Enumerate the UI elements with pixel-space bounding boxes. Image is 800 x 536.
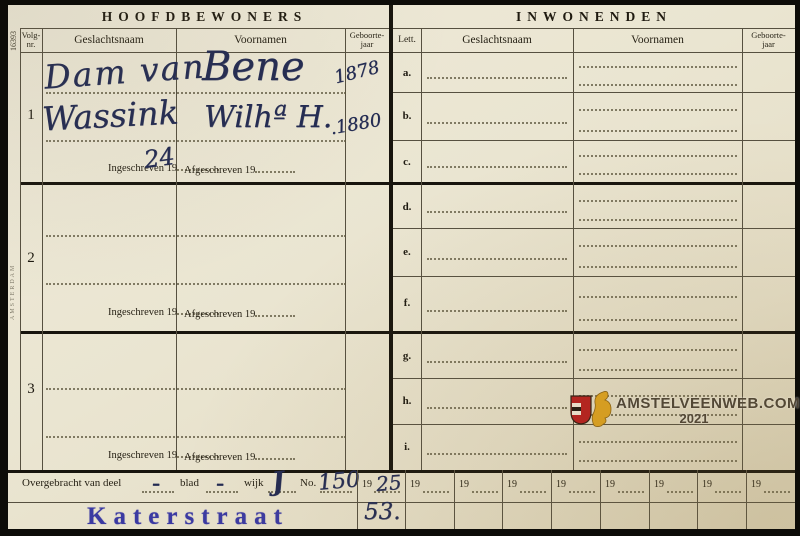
dotted-blank — [255, 306, 295, 317]
overgebracht-label: Overgebracht van deel — [22, 477, 121, 489]
entry-line — [579, 441, 737, 443]
entry-line — [427, 166, 567, 168]
year-cell: 19 — [605, 479, 615, 490]
year-cell: 19 — [556, 479, 566, 490]
inwonenden-row-f: f. — [393, 276, 795, 331]
grid-line — [551, 470, 552, 529]
entry-line — [427, 258, 567, 260]
inwonenden-row-a: a. — [393, 52, 795, 92]
hoofdbewoners-section-3: 3 Ingeschreven 19 Afgeschreven 19 — [20, 333, 389, 470]
paper: 16393 AMSTERDAM HOOFDBEWONERS INWONENDEN… — [8, 5, 795, 529]
hoofdbewoners-section-1: 1 Dam van Bene 1878 Wassink Wilhª H. .18… — [20, 52, 389, 182]
year-cell: 19 — [459, 479, 469, 490]
serial-number-vertical: 16393 — [9, 9, 18, 51]
entry-line — [427, 453, 567, 455]
hoofdbewoners-section-2: 2 Ingeschreven 19 Afgeschreven 19 — [20, 184, 389, 331]
col-voornamen-right: Voornamen — [573, 34, 742, 46]
hoofdbewoners-title: HOOFDBEWONERS — [20, 9, 389, 25]
col-geboortejaar-left: Geboorte- jaar — [345, 31, 389, 49]
blad-label: blad — [180, 477, 199, 489]
grid-line — [649, 470, 650, 529]
entry-line — [579, 460, 737, 462]
entry-line — [579, 369, 737, 371]
entry-line — [427, 122, 567, 124]
grid-line — [357, 470, 358, 529]
printer-mark-vertical: AMSTERDAM — [10, 200, 16, 320]
entry-line — [46, 235, 346, 237]
entry-line — [46, 140, 346, 142]
entry-line — [427, 361, 567, 363]
footer-top-rule — [8, 470, 795, 473]
grid-line — [502, 470, 503, 529]
street-stamp: Katerstraat — [68, 503, 308, 531]
year-cell-0-prefix: 19 — [362, 479, 372, 490]
handwritten-year: 25 — [375, 470, 402, 496]
entry-line — [46, 388, 346, 390]
entry-line — [579, 109, 737, 111]
volgnr: 3 — [20, 381, 42, 398]
entry-line — [427, 77, 567, 79]
entry-line — [46, 283, 346, 285]
afgeschreven-label: Afgeschreven 19 — [184, 449, 295, 463]
dotted-blank — [618, 491, 644, 493]
entry-line — [579, 155, 737, 157]
afgeschreven-label: Afgeschreven 19 — [184, 306, 295, 320]
handwritten-firstname: Bene — [202, 44, 305, 90]
entry-line — [579, 130, 737, 132]
col-geboortejaar-right: Geboorte- jaar — [742, 31, 795, 49]
grid-line — [697, 470, 698, 529]
entry-line — [427, 407, 567, 409]
handwritten-surname: Wassink — [41, 92, 179, 138]
entry-line — [579, 173, 737, 175]
dotted-blank — [667, 491, 693, 493]
entry-line — [579, 296, 737, 298]
entry-line — [579, 266, 737, 268]
dotted-blank — [569, 491, 595, 493]
inwonenden-row-e: e. — [393, 228, 795, 276]
volgnr: 2 — [20, 250, 42, 267]
year-cell: 19 — [751, 479, 761, 490]
watermark-site: AMSTELVEENWEB.COM — [616, 395, 800, 412]
handwritten-blad: – — [216, 474, 224, 493]
lion-rampant-icon — [591, 389, 613, 429]
watermark-year: 2021 — [616, 411, 772, 426]
inwonenden-row-c: c. — [393, 140, 795, 182]
volgnr: 1 — [20, 107, 42, 124]
afgeschreven-label: Afgeschreven 19 — [184, 162, 295, 176]
grid-line — [20, 28, 795, 29]
no-label: No. — [300, 477, 316, 489]
year-cell: 19 — [702, 479, 712, 490]
grid-line — [746, 470, 747, 529]
year-cell: 19 — [507, 479, 517, 490]
watermark: AMSTELVEENWEB.COM 2021 — [564, 389, 794, 433]
dotted-blank — [764, 491, 790, 493]
year-cell: 19 — [410, 479, 420, 490]
scanned-register-sheet: 16393 AMSTERDAM HOOFDBEWONERS INWONENDEN… — [0, 0, 800, 536]
entry-line — [427, 310, 567, 312]
inwonenden-row-d: d. — [393, 184, 795, 228]
dotted-blank — [255, 162, 295, 173]
grid-line — [600, 470, 601, 529]
grid-line — [454, 470, 455, 529]
inwonenden-row-g: g. — [393, 333, 795, 378]
entry-line — [579, 319, 737, 321]
handwritten-birthyear: .1880 — [329, 110, 383, 140]
inwonenden-row-b: b. — [393, 92, 795, 140]
entry-line — [46, 436, 346, 438]
handwritten-deel: – — [152, 474, 160, 493]
amstelveen-shield-icon — [570, 393, 592, 427]
col-volgnr-header: Volg- nr. — [20, 31, 42, 49]
handwritten-firstname: Wilhª H. — [204, 100, 332, 135]
wijk-label: wijk — [244, 477, 264, 489]
col-lett-header: Lett. — [393, 36, 421, 45]
inwonenden-title: INWONENDEN — [393, 9, 795, 25]
handwritten-no: 150 — [317, 467, 361, 496]
entry-line — [579, 349, 737, 351]
handwritten-ingeschreven-year: 24 — [142, 142, 176, 174]
entry-line — [579, 219, 737, 221]
dotted-blank — [423, 491, 449, 493]
dotted-blank — [520, 491, 546, 493]
entry-line — [579, 200, 737, 202]
entry-line — [579, 66, 737, 68]
entry-line — [427, 211, 567, 213]
handwritten-house-number: 53. — [364, 499, 401, 525]
grid-line — [405, 470, 406, 529]
col-geslachtsnaam-left: Geslachtsnaam — [42, 34, 176, 46]
col-geslachtsnaam-right: Geslachtsnaam — [421, 34, 573, 46]
handwritten-birthyear: 1878 — [332, 57, 382, 88]
dotted-blank — [715, 491, 741, 493]
entry-line — [579, 84, 737, 86]
dotted-blank — [472, 491, 498, 493]
handwritten-surname: Dam van — [43, 46, 207, 96]
year-cell: 19 — [654, 479, 664, 490]
entry-line — [579, 245, 737, 247]
dotted-blank — [255, 449, 295, 460]
